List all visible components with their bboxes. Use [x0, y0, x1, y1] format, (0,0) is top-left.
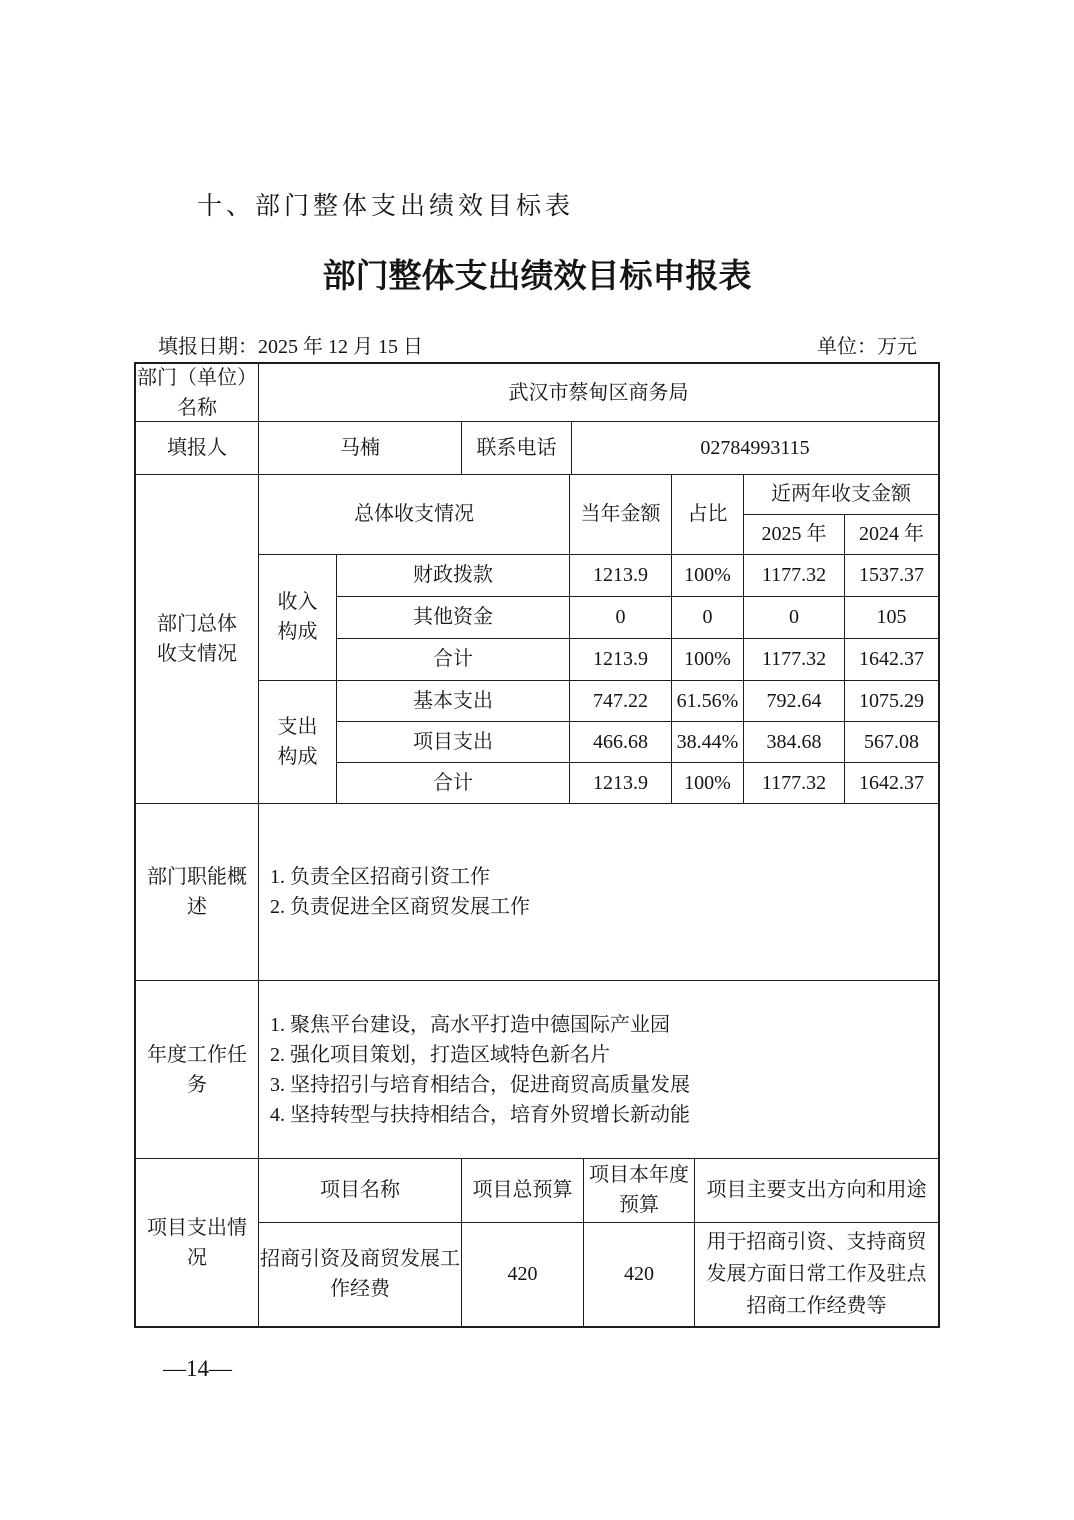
tasks-label: 年度工作任 务 [136, 981, 259, 1159]
section-heading: 十、部门整体支出绩效目标表 [197, 186, 574, 222]
phone-label: 联系电话 [462, 422, 572, 475]
budget-row-amount: 1213.9 [570, 555, 672, 597]
declaration-table: 部门（单位） 名称 武汉市蔡甸区商务局 填报人 马楠 联系电话 02784993… [134, 362, 940, 1328]
budget-row-amount: 1213.9 [570, 763, 672, 804]
income-group-label: 收入 构成 [259, 555, 337, 681]
budget-row-amount: 0 [570, 597, 672, 639]
project-annual-budget: 420 [584, 1223, 695, 1326]
budget-row: 财政拨款 1213.9 100% 1177.32 1537.37 [337, 555, 938, 597]
functions-content: 1. 负责全区招商引资工作 2. 负责促进全区商贸发展工作 [259, 804, 938, 981]
functions-label: 部门职能概 述 [136, 804, 259, 981]
budget-row-label: 项目支出 [337, 722, 570, 763]
budget-row-ratio: 0 [672, 597, 744, 639]
project-header-name: 项目名称 [259, 1159, 462, 1223]
budget-row: 合计 1213.9 100% 1177.32 1642.37 [337, 639, 938, 681]
budget-section-label: 部门总体 收支情况 [136, 475, 259, 805]
budget-row-2024: 1642.37 [845, 763, 938, 804]
dept-name-label: 部门（单位） 名称 [136, 364, 259, 422]
budget-header-amount: 当年金额 [570, 475, 672, 555]
budget-row-2025: 1177.32 [744, 639, 845, 681]
budget-row-ratio: 100% [672, 763, 744, 804]
budget-header-row: 总体收支情况 当年金额 占比 近两年收支金额 2025 年 2024 年 [259, 475, 938, 555]
functions-section: 部门职能概 述 1. 负责全区招商引资工作 2. 负责促进全区商贸发展工作 [136, 804, 938, 981]
budget-row: 项目支出 466.68 38.44% 384.68 567.08 [337, 722, 938, 763]
document-page: 十、部门整体支出绩效目标表 部门整体支出绩效目标申报表 填报日期：2025 年 … [0, 0, 1074, 1520]
page-number: —14— [163, 1356, 232, 1382]
budget-section: 部门总体 收支情况 总体收支情况 当年金额 占比 近两年收支金额 2025 年 … [136, 475, 938, 805]
project-total-budget: 420 [462, 1223, 584, 1326]
budget-row-amount: 1213.9 [570, 639, 672, 681]
budget-row-ratio: 100% [672, 639, 744, 681]
functions-line: 1. 负责全区招商引资工作 [270, 862, 530, 892]
budget-row: 合计 1213.9 100% 1177.32 1642.37 [337, 763, 938, 804]
filler-label: 填报人 [136, 422, 259, 475]
tasks-line: 2. 强化项目策划，打造区域特色新名片 [270, 1040, 690, 1070]
budget-header-overall: 总体收支情况 [259, 475, 570, 555]
project-header-annual-budget: 项目本年度 预算 [584, 1159, 695, 1223]
budget-row-2024: 105 [845, 597, 938, 639]
project-header-total-budget: 项目总预算 [462, 1159, 584, 1223]
budget-header-ratio: 占比 [672, 475, 744, 555]
budget-row-2024: 1075.29 [845, 681, 938, 722]
budget-header-recent: 近两年收支金额 [744, 475, 938, 515]
budget-row-2025: 792.64 [744, 681, 845, 722]
budget-row-ratio: 38.44% [672, 722, 744, 763]
income-group: 收入 构成 财政拨款 1213.9 100% 1177.32 1537.37 其… [259, 555, 938, 681]
page-title: 部门整体支出绩效目标申报表 [0, 250, 1074, 297]
budget-row-label: 基本支出 [337, 681, 570, 722]
budget-row-2025: 0 [744, 597, 845, 639]
tasks-section: 年度工作任 务 1. 聚焦平台建设，高水平打造中德国际产业园 2. 强化项目策划… [136, 981, 938, 1159]
functions-line: 2. 负责促进全区商贸发展工作 [270, 892, 530, 922]
budget-row-amount: 747.22 [570, 681, 672, 722]
filler-row: 填报人 马楠 联系电话 02784993115 [136, 422, 938, 475]
budget-row-2024: 1642.37 [845, 639, 938, 681]
project-usage: 用于招商引资、支持商贸发展方面日常工作及驻点招商工作经费等 [695, 1223, 938, 1326]
tasks-content: 1. 聚焦平台建设，高水平打造中德国际产业园 2. 强化项目策划，打造区域特色新… [259, 981, 938, 1159]
budget-header-2024: 2024 年 [845, 515, 938, 555]
budget-row-2024: 567.08 [845, 722, 938, 763]
budget-row-2024: 1537.37 [845, 555, 938, 597]
filler-value: 马楠 [259, 422, 462, 475]
budget-row-label: 合计 [337, 763, 570, 804]
project-row: 招商引资及商贸发展工作经费 420 420 用于招商引资、支持商贸发展方面日常工… [259, 1223, 938, 1326]
budget-row-2025: 384.68 [744, 722, 845, 763]
project-name: 招商引资及商贸发展工作经费 [259, 1223, 462, 1326]
phone-value: 02784993115 [572, 422, 938, 475]
budget-row-label: 其他资金 [337, 597, 570, 639]
budget-row-label: 合计 [337, 639, 570, 681]
project-header-usage: 项目主要支出方向和用途 [695, 1159, 938, 1223]
expense-group: 支出 构成 基本支出 747.22 61.56% 792.64 1075.29 … [259, 681, 938, 805]
budget-row: 其他资金 0 0 0 105 [337, 597, 938, 639]
tasks-line: 3. 坚持招引与培育相结合，促进商贸高质量发展 [270, 1070, 690, 1100]
budget-row-ratio: 100% [672, 555, 744, 597]
projects-header-row: 项目名称 项目总预算 项目本年度 预算 项目主要支出方向和用途 [259, 1159, 938, 1223]
budget-header-2025: 2025 年 [744, 515, 845, 555]
unit-label: 单位：万元 [817, 330, 917, 359]
dept-name-value: 武汉市蔡甸区商务局 [259, 364, 938, 422]
budget-row-ratio: 61.56% [672, 681, 744, 722]
projects-section: 项目支出情 况 项目名称 项目总预算 项目本年度 预算 项目主要支出方向和用途 … [136, 1159, 938, 1326]
projects-label: 项目支出情 况 [136, 1159, 259, 1326]
fill-date: 填报日期：2025 年 12 月 15 日 [158, 330, 423, 359]
budget-row-amount: 466.68 [570, 722, 672, 763]
tasks-line: 4. 坚持转型与扶持相结合，培育外贸增长新动能 [270, 1100, 690, 1130]
budget-row-label: 财政拨款 [337, 555, 570, 597]
budget-row-2025: 1177.32 [744, 555, 845, 597]
expense-group-label: 支出 构成 [259, 681, 337, 805]
dept-name-row: 部门（单位） 名称 武汉市蔡甸区商务局 [136, 364, 938, 422]
tasks-line: 1. 聚焦平台建设，高水平打造中德国际产业园 [270, 1010, 690, 1040]
budget-row-2025: 1177.32 [744, 763, 845, 804]
budget-row: 基本支出 747.22 61.56% 792.64 1075.29 [337, 681, 938, 722]
